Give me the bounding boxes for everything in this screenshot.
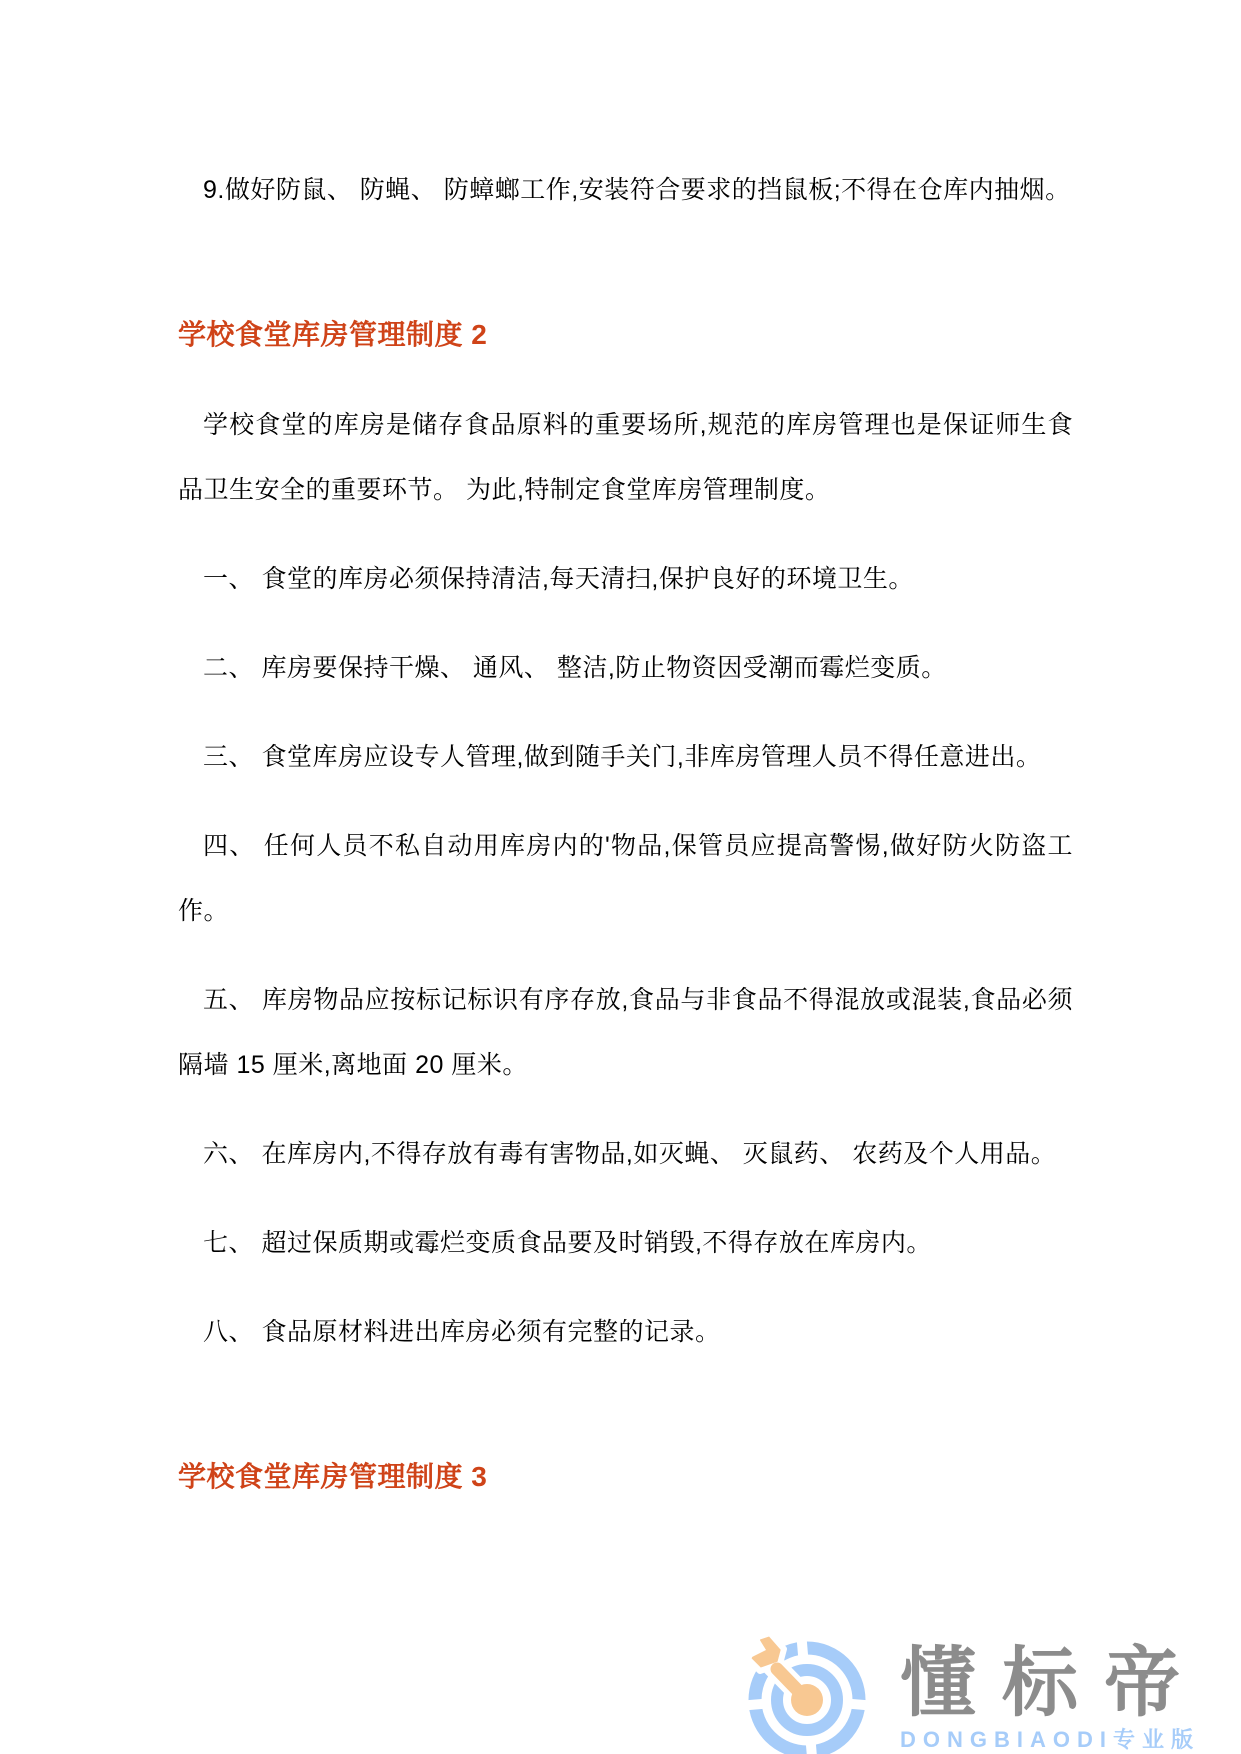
document-content: 9.做好防鼠、 防蝇、 防蟑螂工作,安装符合要求的挡鼠板;不得在仓库内抽烟。 学… [178,0,1073,1535]
watermark-text: 懂标帝 DONGBIAODI专业版 [900,1646,1230,1752]
rule-item-3: 三、 食堂库房应设专人管理,做到随手关门,非库房管理人员不得任意进出。 [178,725,1073,790]
rule-item-6: 六、 在库房内,不得存放有毒有害物品,如灭蝇、 灭鼠药、 农药及个人用品。 [178,1122,1073,1187]
rule-item-5: 五、 库房物品应按标记标识有序存放,食品与非食品不得混放或混装,食品必须隔墙 1… [178,968,1073,1098]
brand-subtitle: DONGBIAODI专业版 [900,1728,1230,1752]
rule-item-7: 七、 超过保质期或霉烂变质食品要及时销毁,不得存放在库房内。 [178,1211,1073,1276]
intro-paragraph: 学校食堂的库房是储存食品原料的重要场所,规范的库房管理也是保证师生食品卫生安全的… [178,393,1073,523]
rule-item-1: 一、 食堂的库房必须保持清洁,每天清扫,保护良好的环境卫生。 [178,547,1073,612]
section-heading-3: 学校食堂库房管理制度 3 [178,1457,1073,1497]
section-heading-2: 学校食堂库房管理制度 2 [178,315,1073,355]
bullseye-dart-icon [735,1622,873,1754]
numbered-item-9: 9.做好防鼠、 防蝇、 防蟑螂工作,安装符合要求的挡鼠板;不得在仓库内抽烟。 [178,158,1073,223]
document-page: 9.做好防鼠、 防蝇、 防蟑螂工作,安装符合要求的挡鼠板;不得在仓库内抽烟。 学… [0,0,1241,1754]
rule-item-4: 四、 任何人员不私自动用库房内的'物品,保管员应提高警惕,做好防火防盗工作。 [178,814,1073,944]
rule-item-2: 二、 库房要保持干燥、 通风、 整洁,防止物资因受潮而霉烂变质。 [178,636,1073,701]
brand-name: 懂标帝 [900,1646,1230,1722]
rule-item-8: 八、 食品原材料进出库房必须有完整的记录。 [178,1300,1073,1365]
